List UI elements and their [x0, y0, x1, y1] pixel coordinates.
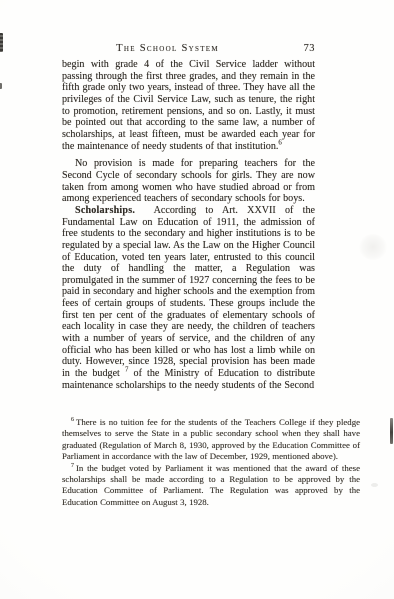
paragraph-3-lead: Scholarships.	[75, 205, 135, 216]
scan-dot-right-low	[371, 483, 378, 487]
footnote-ref-7: 7	[125, 367, 128, 374]
body-text-block: begin with grade 4 of the Civil Service …	[62, 59, 315, 391]
page-header: The School System 73	[62, 43, 315, 57]
body-paragraph-3: Scholarships. According to Art. XXVII of…	[62, 205, 315, 392]
scan-mark-right-edge	[390, 418, 393, 444]
body-paragraph-1: begin with grade 4 of the Civil Service …	[62, 59, 315, 152]
paragraph-2-text: No provision is made for preparing teach…	[62, 158, 315, 204]
running-head-title: The School System	[41, 43, 294, 54]
scan-mark-left-mid	[0, 83, 2, 89]
footnote-6: 6There is no tuition fee for the student…	[62, 417, 360, 463]
footnote-ref-6: 6	[278, 139, 281, 146]
body-paragraph-2: No provision is made for preparing teach…	[62, 158, 315, 205]
footnotes-block: 6There is no tuition fee for the student…	[62, 417, 360, 508]
footnote-7: 7In the budget voted by Parliament it wa…	[62, 463, 360, 509]
footnote-6-text: There is no tuition fee for the students…	[62, 417, 360, 461]
scan-smudge-right	[359, 234, 387, 260]
footnote-7-marker: 7	[71, 463, 74, 469]
paragraph-1-text: begin with grade 4 of the Civil Service …	[62, 59, 315, 152]
scan-mark-left-top	[0, 33, 3, 52]
scanned-book-page: The School System 73 begin with grade 4 …	[0, 0, 394, 599]
paragraph-3-text-a: According to Art. XXVII of the Fundament…	[62, 205, 315, 379]
page-number: 73	[304, 43, 315, 54]
footnote-7-text: In the budget voted by Parliament it was…	[62, 463, 360, 507]
footnote-6-marker: 6	[71, 417, 74, 423]
